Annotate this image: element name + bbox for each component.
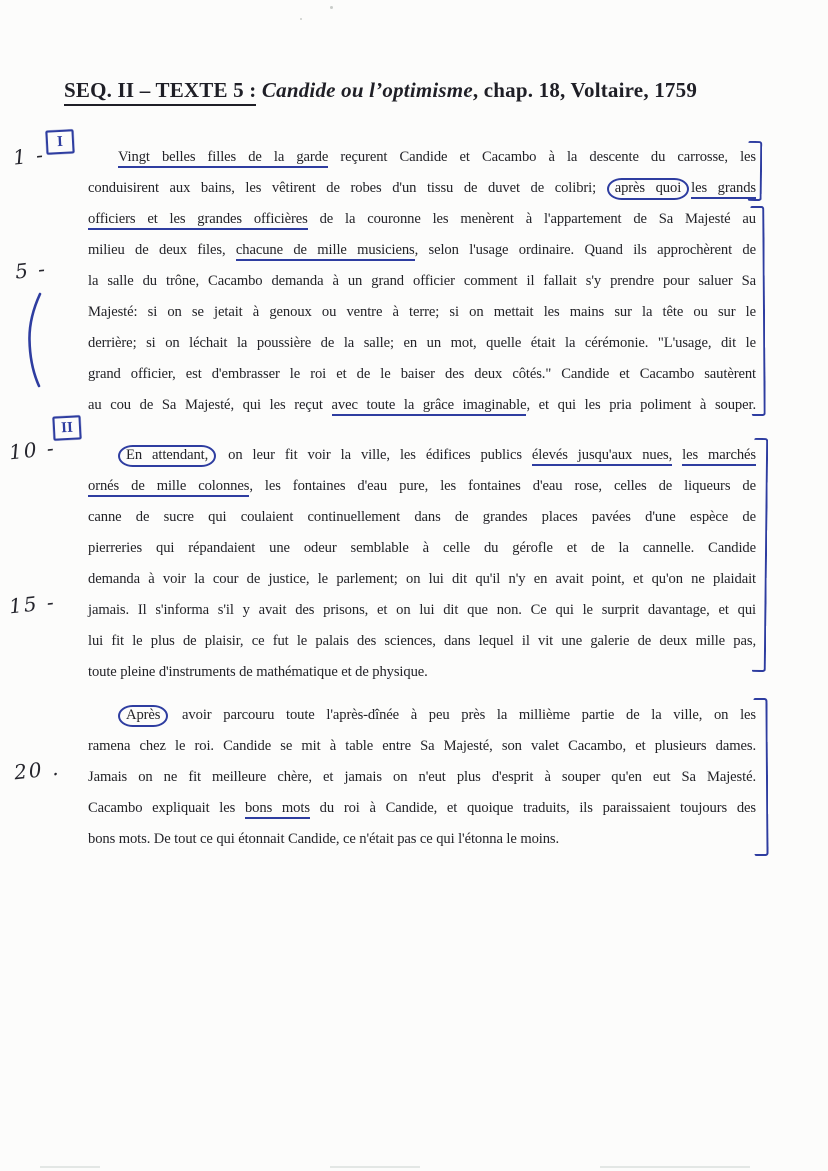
underlined-phrase: Vingt belles filles de la garde (118, 149, 328, 168)
text-line: la salle du trône, Cacambo demanda à un … (88, 266, 756, 297)
text-line: derrière; si on léchait la poussière de … (88, 328, 756, 359)
text-line: officiers et les grandes officières de l… (88, 204, 756, 235)
text-run: reçurent Candide et Cacambo à la descent… (328, 149, 756, 165)
paragraph-I: Vingt belles filles de la garde reçurent… (88, 142, 756, 421)
title-work: Candide ou l’optimisme (256, 78, 472, 102)
margin-line-number-20: 20 . (13, 756, 61, 785)
text-line: toute pleine d'instruments de mathématiq… (88, 657, 756, 688)
scan-edge-artifact (600, 1166, 750, 1168)
text-run: demanda à voir la cour de justice, le pa… (88, 571, 756, 587)
scanned-document-page: SEQ. II – TEXTE 5 : Candide ou l’optimis… (0, 0, 828, 1171)
text-run: Majesté: si on se jetait à genoux ou ven… (88, 304, 756, 320)
text-run: jamais. Il s'informa s'il y avait des pr… (88, 602, 756, 618)
left-parenthesis-annotation (26, 292, 44, 393)
section-marker-II: II (52, 415, 81, 440)
section-marker-I: I (45, 129, 74, 154)
title-sequence: SEQ. II – TEXTE 5 : (64, 78, 256, 106)
text-run: grand officier, est d'embrasser le roi e… (88, 366, 756, 382)
underlined-phrase: officiers et les grandes officières (88, 211, 308, 230)
right-bracket-lines-3-9 (750, 206, 765, 416)
underlined-phrase: chacune de mille musiciens (236, 242, 415, 261)
scan-speck (330, 6, 333, 9)
right-bracket-lines-1-2 (748, 141, 763, 201)
text-line: ramena chez le roi. Candide se mit à tab… (88, 731, 756, 762)
circled-phrase: Après (118, 705, 168, 727)
text-run: toute pleine d'instruments de mathématiq… (88, 664, 428, 680)
scan-speck (300, 18, 302, 20)
text-run: avoir parcouru toute l'après-dînée à peu… (170, 707, 756, 723)
text-line: ornés de mille colonnes, les fontaines d… (88, 471, 756, 502)
text-run: pierreries qui répandaient une odeur sem… (88, 540, 756, 556)
text-line: canne de sucre qui coulaient continuelle… (88, 502, 756, 533)
text-line: Jamais on ne fit meilleure chère, et jam… (88, 762, 756, 793)
margin-line-number-10: 10 - (8, 436, 57, 465)
underlined-phrase: avec toute la grâce imaginable (332, 397, 527, 416)
text-line: milieu de deux files, chacune de mille m… (88, 235, 756, 266)
page-title: SEQ. II – TEXTE 5 : Candide ou l’optimis… (64, 78, 784, 103)
underlined-phrase: bons mots (245, 800, 310, 819)
margin-line-number-5: 5 - (14, 256, 48, 283)
underlined-phrase: les marchés (682, 447, 756, 466)
text-run: au cou de Sa Majesté, qui les reçut (88, 397, 332, 413)
text-line: En attendant, on leur fit voir la ville,… (88, 440, 756, 471)
circled-phrase: après quoi (607, 178, 689, 200)
text-line: bons mots. De tout ce qui étonnait Candi… (88, 824, 756, 855)
scan-edge-artifact (330, 1166, 420, 1168)
text-run: on leur fit voir la ville, les édifices … (218, 447, 532, 463)
text-line: demanda à voir la cour de justice, le pa… (88, 564, 756, 595)
text-line: Vingt belles filles de la garde reçurent… (88, 142, 756, 173)
text-line: jamais. Il s'informa s'il y avait des pr… (88, 595, 756, 626)
right-bracket-lines-18-22 (753, 698, 768, 856)
paragraph-III: Après avoir parcouru toute l'après-dînée… (88, 700, 756, 855)
text-run: , les fontaines d'eau pure, les fontaine… (249, 478, 756, 494)
text-run: du roi à Candide, et quoique traduits, i… (310, 800, 756, 816)
text-run: conduisirent aux bains, les vêtirent de … (88, 180, 607, 196)
title-reference: , chap. 18, Voltaire, 1759 (473, 78, 697, 102)
text-line: Après avoir parcouru toute l'après-dînée… (88, 700, 756, 731)
paragraph-II: En attendant, on leur fit voir la ville,… (88, 440, 756, 688)
text-run: Cacambo expliquait les (88, 800, 245, 816)
text-run: milieu de deux files, (88, 242, 236, 258)
text-run: derrière; si on léchait la poussière de … (88, 335, 756, 351)
underlined-phrase: élevés jusqu'aux nues, (532, 447, 672, 466)
text-line: Majesté: si on se jetait à genoux ou ven… (88, 297, 756, 328)
text-run: ramena chez le roi. Candide se mit à tab… (88, 738, 756, 754)
text-line: lui fit le plus de plaisir, ce fut le pa… (88, 626, 756, 657)
text-line: pierreries qui répandaient une odeur sem… (88, 533, 756, 564)
underlined-phrase: les grands (691, 180, 756, 199)
text-run: bons mots. De tout ce qui étonnait Candi… (88, 831, 559, 847)
text-line: conduisirent aux bains, les vêtirent de … (88, 173, 756, 204)
text-line: Cacambo expliquait les bons mots du roi … (88, 793, 756, 824)
text-run: canne de sucre qui coulaient continuelle… (88, 509, 756, 525)
text-run: Jamais on ne fit meilleure chère, et jam… (88, 769, 756, 785)
circled-phrase: En attendant, (118, 445, 216, 467)
text-run: , selon l'usage ordinaire. Quand ils app… (415, 242, 756, 258)
text-run: , et qui les pria poliment à souper. (526, 397, 756, 413)
underlined-phrase: ornés de mille colonnes (88, 478, 249, 497)
right-bracket-lines-10-17 (752, 438, 768, 672)
margin-line-number-1: 1 - (12, 142, 46, 169)
text-line: grand officier, est d'embrasser le roi e… (88, 359, 756, 390)
text-line: au cou de Sa Majesté, qui les reçut avec… (88, 390, 756, 421)
text-run: de la couronne les menèrent à l'appartem… (308, 211, 756, 227)
margin-line-number-15: 15 - (8, 590, 57, 619)
text-run: la salle du trône, Cacambo demanda à un … (88, 273, 756, 289)
text-run (672, 447, 682, 463)
text-run: lui fit le plus de plaisir, ce fut le pa… (88, 633, 756, 649)
scan-edge-artifact (40, 1166, 100, 1168)
